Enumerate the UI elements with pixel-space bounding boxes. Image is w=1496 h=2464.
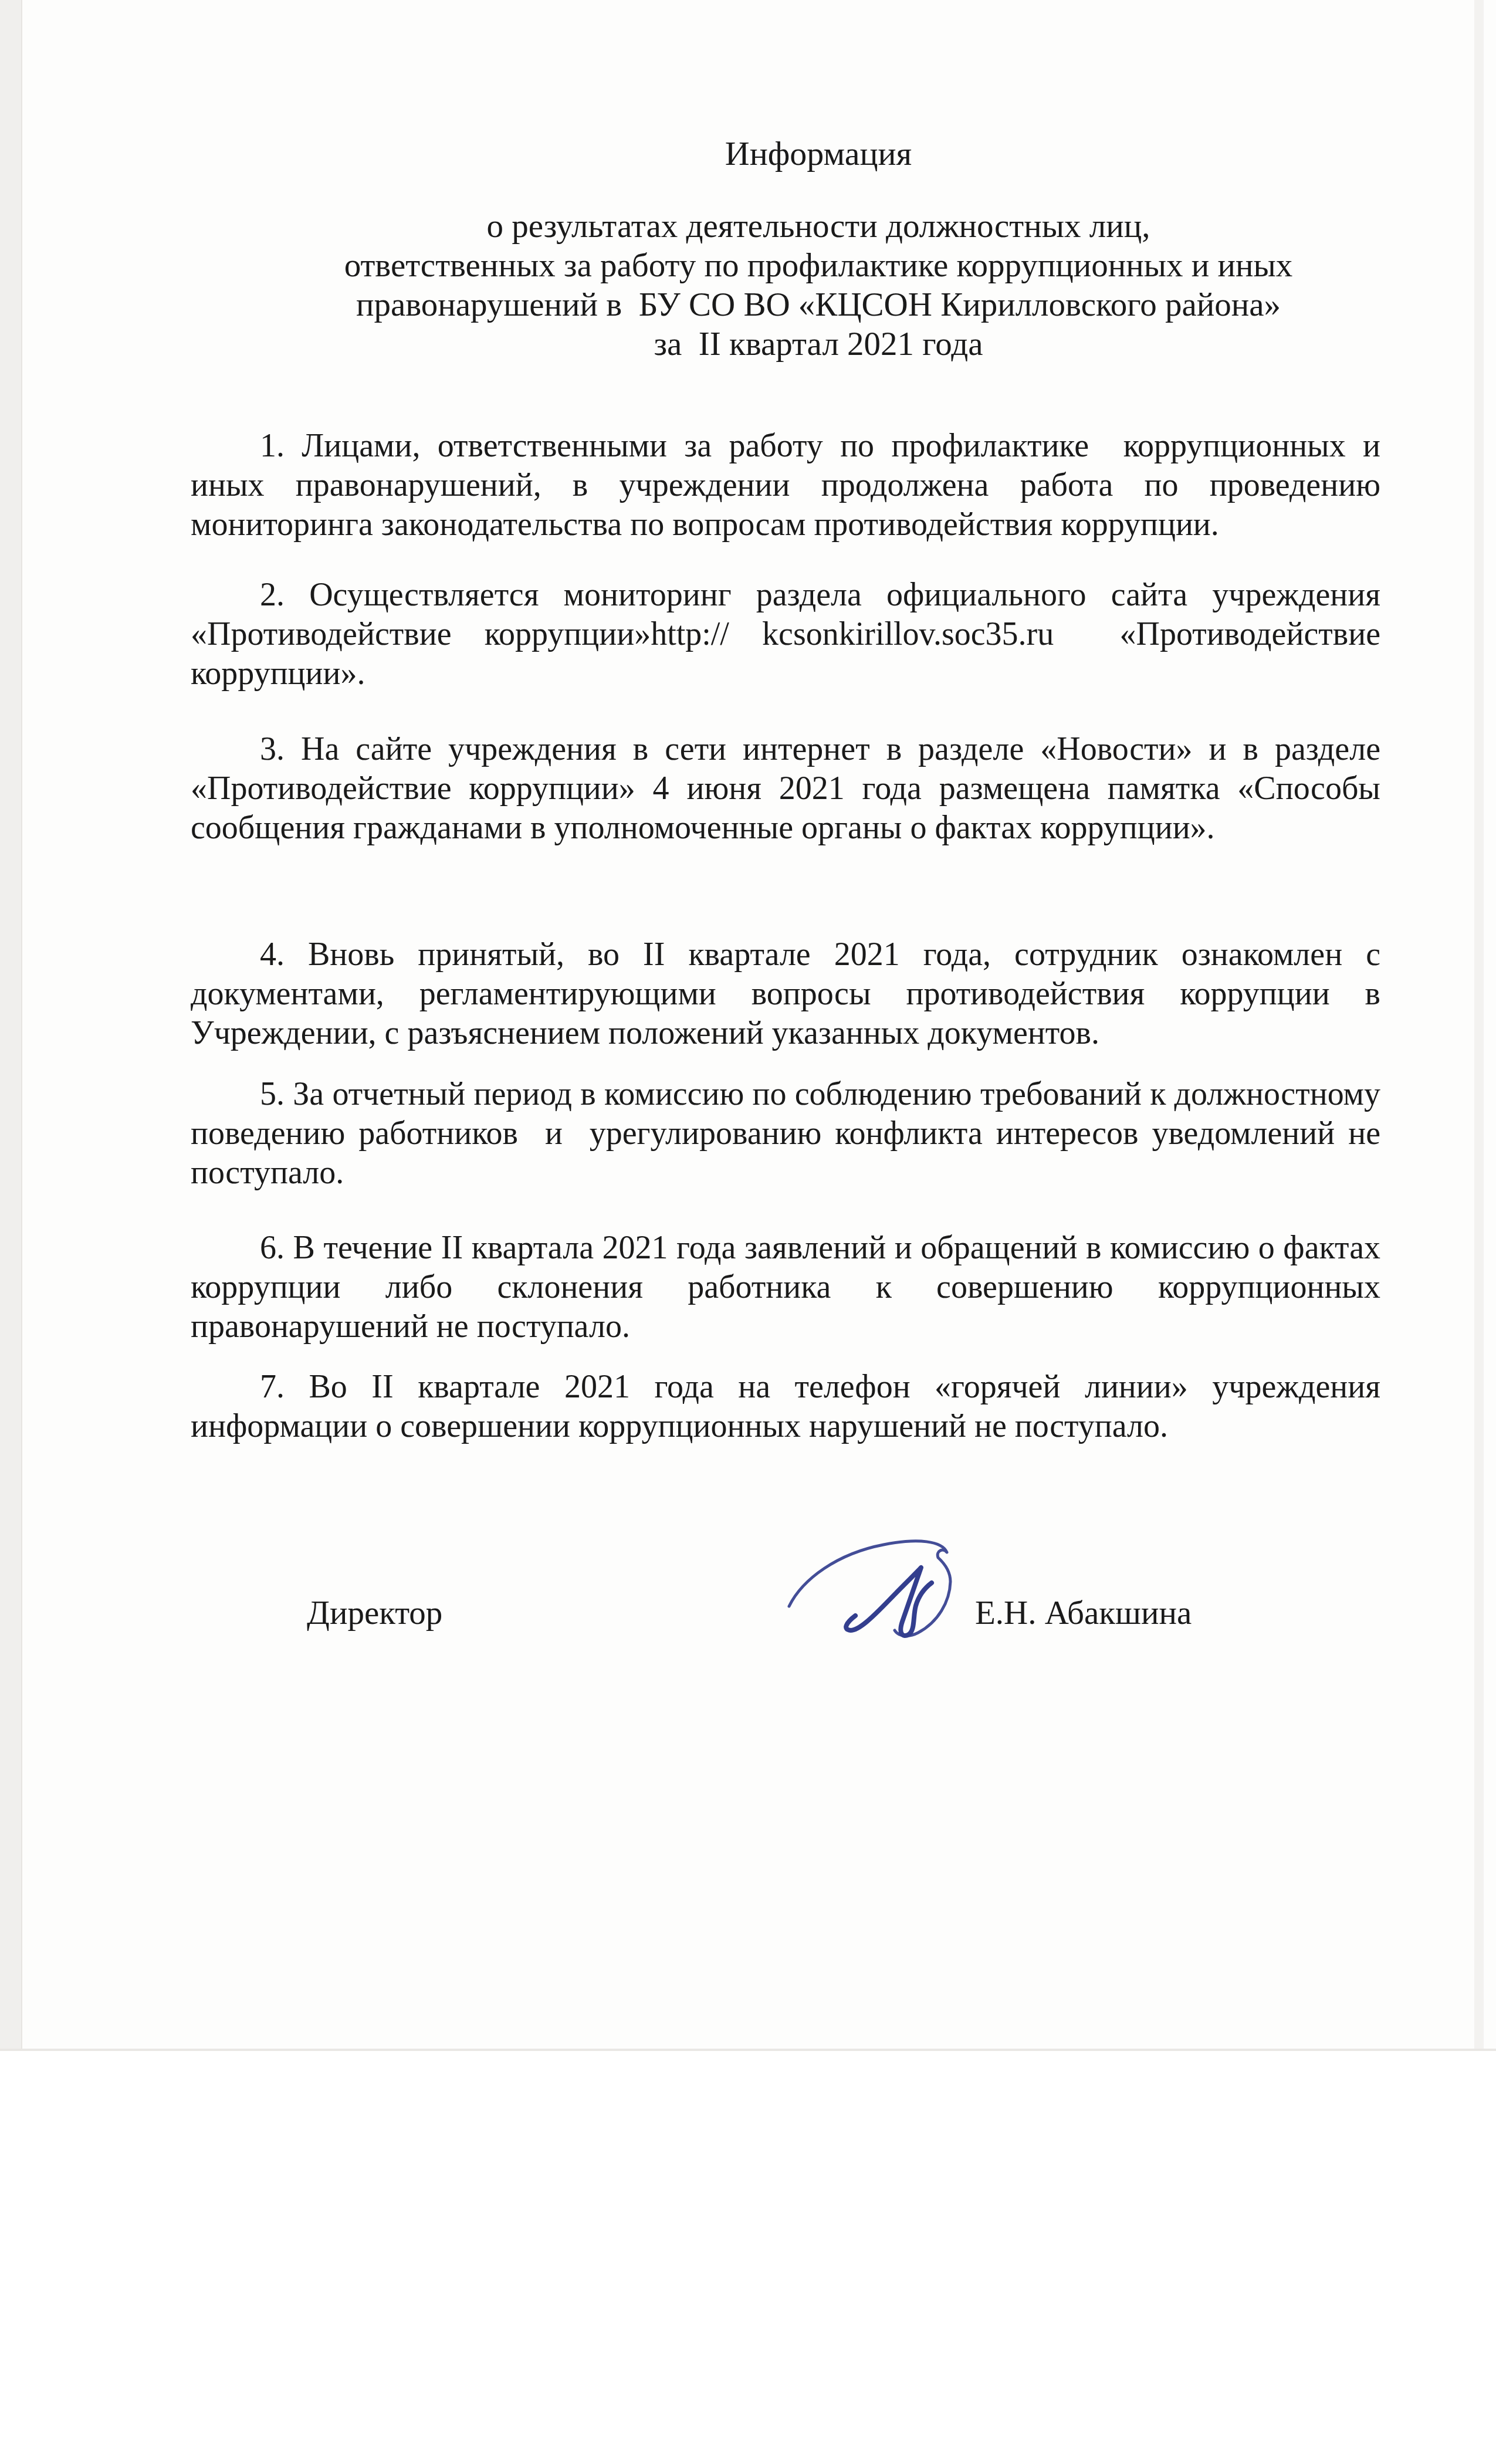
screenshot-root: Информация о результатах деятельности до… xyxy=(0,0,1496,2464)
handwritten-signature xyxy=(773,1529,967,1646)
paragraph: 6. В течение II квартала 2021 года заявл… xyxy=(191,1228,1380,1346)
paragraph: 7. Во II квартале 2021 года на телефон «… xyxy=(191,1368,1380,1446)
scan-left-edge xyxy=(0,0,22,2051)
document-body: 1. Лицами, ответственными за работу по п… xyxy=(191,0,1380,2051)
scan-right-edge xyxy=(1474,0,1484,2051)
paragraph: 4. Вновь принятый, во II квартале 2021 г… xyxy=(191,935,1380,1053)
signature-role-label: Директор xyxy=(307,1593,442,1633)
paragraph: 3. На сайте учреждения в сети интернет в… xyxy=(191,730,1380,848)
scanned-page: Информация о результатах деятельности до… xyxy=(0,0,1496,2051)
paragraph: 5. За отчетный период в комиссию по собл… xyxy=(191,1075,1380,1193)
paragraph: 2. Осуществляется мониторинг раздела офи… xyxy=(191,576,1380,693)
paragraph: 1. Лицами, ответственными за работу по п… xyxy=(191,427,1380,544)
signature-name: Е.Н. Абакшина xyxy=(975,1593,1192,1633)
